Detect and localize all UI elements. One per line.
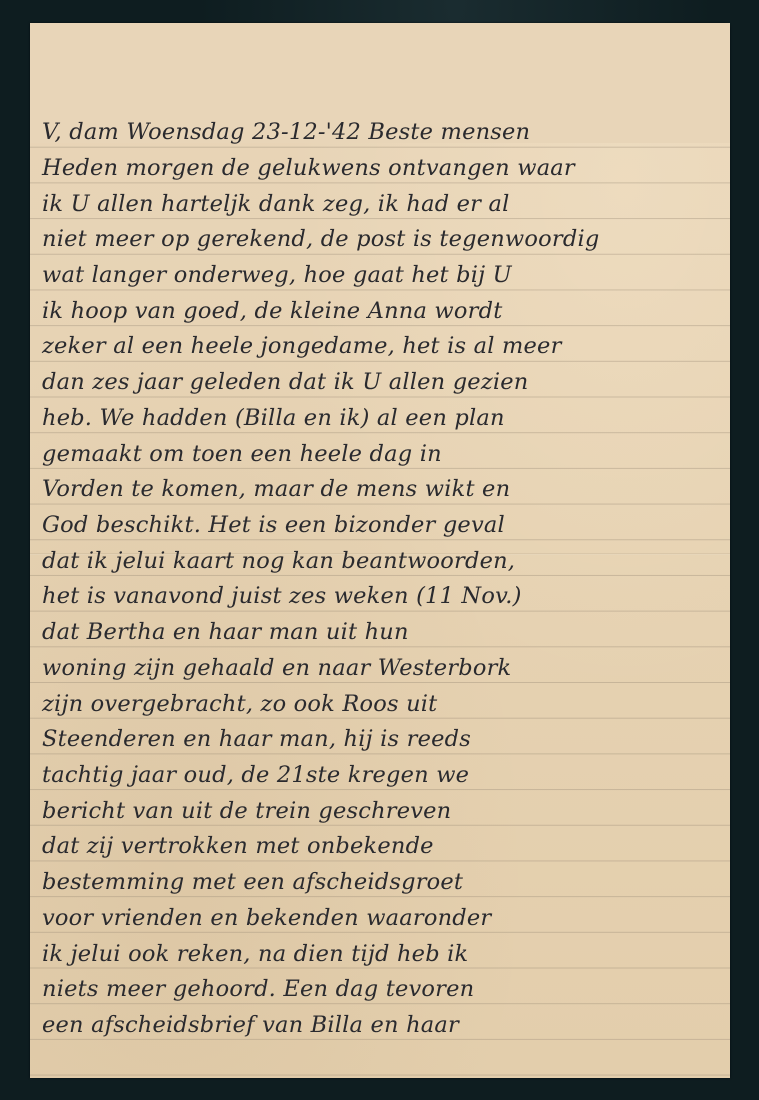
letter-line: woning zijn gehaald en naar Westerbork bbox=[42, 651, 724, 685]
letter-line: wat langer onderweg, hoe gaat het bij U bbox=[42, 258, 724, 292]
letter-line: dat ik jelui kaart nog kan beantwoorden, bbox=[42, 544, 724, 578]
letter-line: zijn overgebracht, zo ook Roos uit bbox=[42, 687, 724, 721]
letter-line: ik jelui ook reken, na dien tijd heb ik bbox=[42, 937, 724, 971]
letter-line: gemaakt om toen een heele dag in bbox=[42, 437, 724, 471]
letter-line: een afscheidsbrief van Billa en haar bbox=[42, 1008, 724, 1042]
letter-line-heading: V, dam Woensdag 23-12-'42 Beste mensen bbox=[42, 115, 724, 149]
letter-line: niet meer op gerekend, de post is tegenw… bbox=[42, 222, 724, 256]
letter-line: bestemming met een afscheidsgroet bbox=[42, 865, 724, 899]
letter-line: niets meer gehoord. Een dag tevoren bbox=[42, 972, 724, 1006]
letter-line: Steenderen en haar man, hij is reeds bbox=[42, 722, 724, 756]
letter-line: God beschikt. Het is een bizonder geval bbox=[42, 508, 724, 542]
letter-body: V, dam Woensdag 23-12-'42 Beste mensen H… bbox=[30, 23, 730, 1078]
letter-line: dat Bertha en haar man uit hun bbox=[42, 615, 724, 649]
letter-line: Vorden te komen, maar de mens wikt en bbox=[42, 472, 724, 506]
letter-line: Heden morgen de gelukwens ontvangen waar bbox=[42, 151, 724, 185]
letter-page: V, dam Woensdag 23-12-'42 Beste mensen H… bbox=[30, 23, 730, 1078]
letter-line: bericht van uit de trein geschreven bbox=[42, 794, 724, 828]
letter-line: heb. We hadden (Billa en ik) al een plan bbox=[42, 401, 724, 435]
letter-line: dat zij vertrokken met onbekende bbox=[42, 829, 724, 863]
letter-line: zeker al een heele jongedame, het is al … bbox=[42, 329, 724, 363]
letter-line: tachtig jaar oud, de 21ste kregen we bbox=[42, 758, 724, 792]
letter-line: dan zes jaar geleden dat ik U allen gezi… bbox=[42, 365, 724, 399]
letter-line: het is vanavond juist zes weken (11 Nov.… bbox=[42, 579, 724, 613]
letter-line: ik U allen harteljk dank zeg, ik had er … bbox=[42, 187, 724, 221]
letter-line: voor vrienden en bekenden waaronder bbox=[42, 901, 724, 935]
letter-line: ik hoop van goed, de kleine Anna wordt bbox=[42, 294, 724, 328]
